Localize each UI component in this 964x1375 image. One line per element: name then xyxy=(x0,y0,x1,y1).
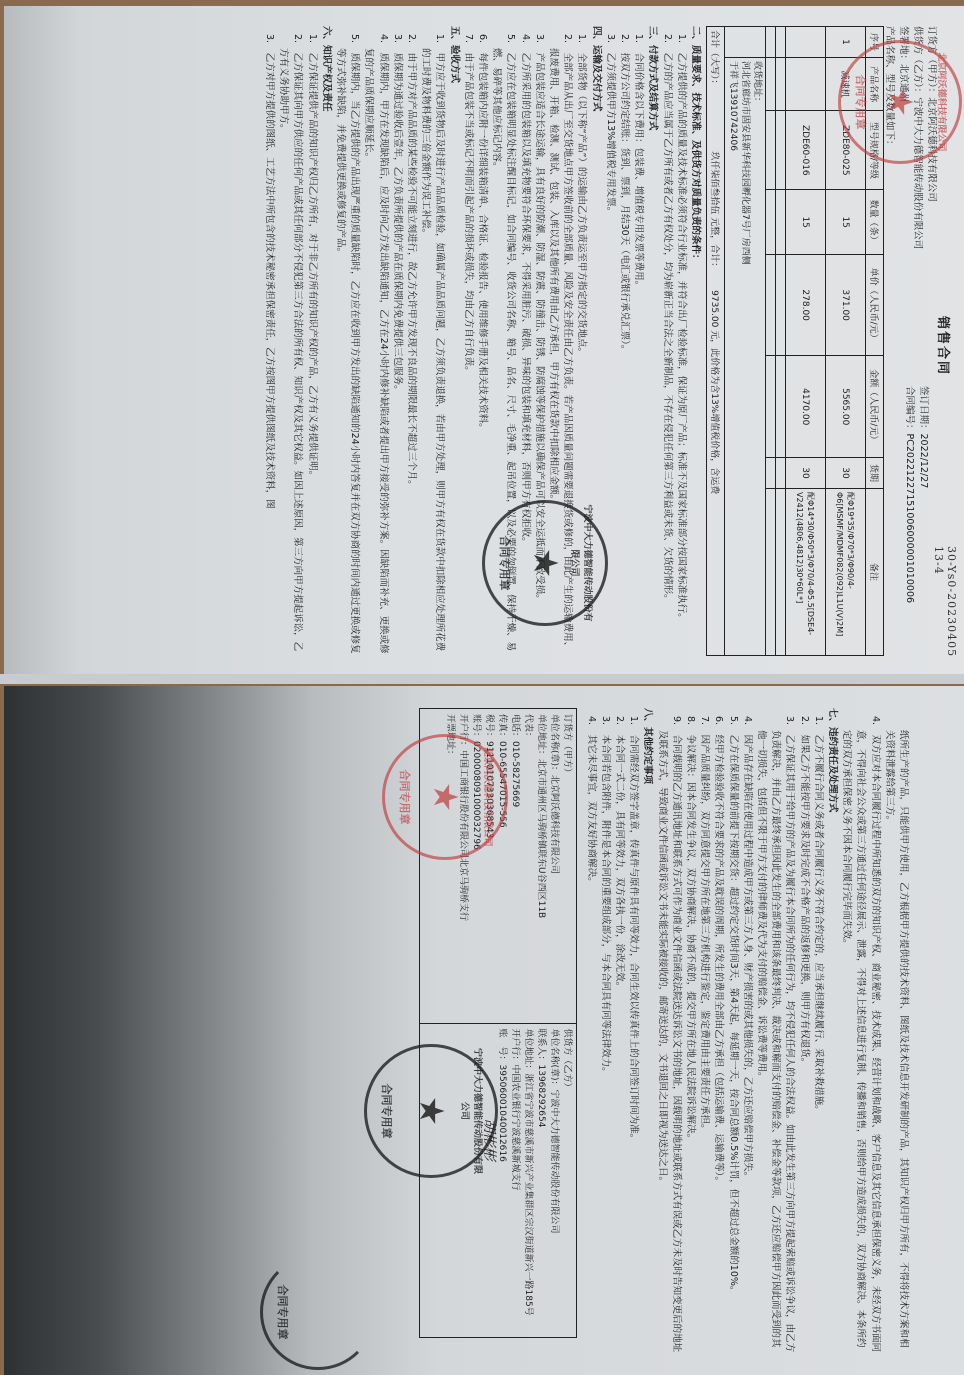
col-header: 数量（条） xyxy=(866,190,884,254)
clause-item: 3. 乙方保证其用于给甲方的产品及为履行本合同所为的任何行为，均不侵犯任何人的合… xyxy=(754,708,797,1355)
cell-lead-time: 30 xyxy=(786,458,826,489)
continuation-text: 纸所生产的产品，只能供甲方使用，乙方根据甲方提供的技术资料、图纸及技术信息开发研… xyxy=(882,708,910,1355)
section-heading: 七、违约责任及处理方式 xyxy=(825,708,839,1355)
info-row: 电话：010-58275669 xyxy=(508,714,521,1018)
clause-item: 3. 质保期为通过验收后壹年，乙方负责所提供的产品在质保期内免费提供三包服务。 xyxy=(390,26,404,658)
info-row: 代表： xyxy=(521,714,534,1018)
cell-qty: 15 xyxy=(786,190,826,254)
contract-clauses: 七、违约责任及处理方式1. 乙方不履行合同义务或者合同履行义务不符合约定的，应当… xyxy=(583,708,839,1355)
section-heading: 三、付款方式及结算方式 xyxy=(645,26,659,658)
clause-item: 1. 乙方保证提供产品的知识产权归乙方所有，对于非乙方所有的知识产权的产品，乙方… xyxy=(304,26,318,658)
total-label: 合计（大写）： xyxy=(709,30,719,89)
info-row: 账 号：39506001040012616 xyxy=(495,1029,508,1333)
sign-date-label: 签订日期： xyxy=(918,386,929,434)
clause-item: 2. 由于甲方对产品品质的某些检验不可能立刻进行，故乙方允许甲方发现不良品的期限… xyxy=(404,26,418,658)
col-header: 金额（人民币/元） xyxy=(866,356,884,458)
cell-model: ZDE60-016 xyxy=(786,111,826,190)
clause-item: 3. 本合同若包含附件，附件是本合同的重要组成部分，与本合同具有同等法律效力。 xyxy=(598,708,612,1355)
clause-item: 6. 经甲方检验验收不符合要求的产品及耽误的周期，所发生的费用全部由乙方承担（包… xyxy=(711,708,725,1355)
clause-item: 1. 乙方不履行合同义务或者合同履行义务不符合约定的，应当承担继续履行、采取补救… xyxy=(811,708,825,1355)
buyer-seal: 北京阿沃德科技有限公司 ★ 合同专用章 xyxy=(838,40,962,164)
section-heading: 二、质量要求、技术标准、及供货方对质量负责的条件： xyxy=(688,26,702,658)
star-icon: ★ xyxy=(414,1096,448,1126)
col-header: 单价（人民币/元） xyxy=(866,254,884,356)
clause-item: 9. 合同载明的乙方通讯地址和联系方式可作为商业文件信函或法院送达诉讼文书的地址… xyxy=(654,708,682,1355)
total-amount: 9735.00 xyxy=(709,290,719,327)
page-2-content: 纸所生产的产品，只能供甲方使用，乙方根据甲方提供的技术资料、图纸及技术信息开发研… xyxy=(10,694,960,1369)
clause-item: 7. 因产品质量纠纷，双方同意提交甲方所在地第三方机构进行鉴定，鉴定费用由主要责… xyxy=(697,708,711,1355)
contract-page-1: 订货方（甲方）：北京阿沃德科技有限公司 供货方（乙方）：宁波中大力德智能传动股份… xyxy=(4,6,964,674)
cell-amount: 4170.00 xyxy=(786,356,826,458)
info-row: 单位名称(章)：北京阿沃德科技有限公司 xyxy=(547,714,560,1018)
star-icon: ★ xyxy=(428,782,462,812)
star-icon: ★ xyxy=(883,87,917,117)
clause-item: 4. 其它未尽事宜，双方友好协商解决。 xyxy=(583,708,597,1355)
col-header: 备注 xyxy=(866,489,884,656)
clause-item: 8. 争议解决：因本合同发生争议，双方协商解决，协商不成的，提交甲方所在地人民法… xyxy=(683,708,697,1355)
total-suffix: 元，此价格为含13%增值税价格，含运费 xyxy=(709,330,719,494)
continuation-text: 4. 双方应对本合同履行过程中所知悉的双方的知识产权、商业秘密、技术成果、经营计… xyxy=(839,708,882,1355)
seller-seal-partial: 合同专用章 xyxy=(260,1254,376,1370)
total-row: 合计（大写）： 玖仟柒佰叁拾伍 元整，合计： 9735.00 元，此价格为含13… xyxy=(707,27,725,656)
cell-index xyxy=(786,27,826,58)
cell-remark: 配Φ14*30/Φ50*3/Φ70/4-Φ5.5[DSE4-V2412(4806… xyxy=(786,489,826,656)
clause-item: 2. 按双方公司约定结账：货到、票到，月结30天（电汇或银行承兑汇票）。 xyxy=(617,26,631,658)
cell-price: 278.00 xyxy=(786,254,826,356)
info-row: 联系人：13968292654 xyxy=(534,1029,547,1333)
seller-seal: 宁波中大力德智能传动股份有限公司 ★ 合同专用章 xyxy=(364,1044,498,1178)
sign-date: 2022/12/27 xyxy=(918,434,929,489)
contract-no-label: 合同编号： xyxy=(904,386,915,434)
info-row: 单位地址：浙江省宁波市慈溪市新兴产业集群区宗汉街道新兴一路185号 xyxy=(521,1029,534,1333)
clause-item: 1. 甲方应于收到货物后及时进行产品品质检验，如确属产品品质问题，乙方须负责退换… xyxy=(418,26,446,658)
cell-lead-time: 30 xyxy=(826,458,866,489)
clause-item: 1. 乙方提供的产品的质量及技术标准必须符合行业标准，并符合出厂检验标准，保证为… xyxy=(674,26,688,658)
cell-amount: 5565.00 xyxy=(826,356,866,458)
col-header: 货期 xyxy=(866,458,884,489)
clause-item: 2. 乙方保证其向甲方供应的任何产品或其任何部分不侵犯第三方合法的所有权、知识产… xyxy=(276,26,304,658)
seller-seal: 宁波中大力德智能传动股份有限公司 ★ 合同专用章 xyxy=(482,500,608,626)
info-row: 单位地址：北京市通州区马驹桥镇联东U谷西区11B xyxy=(534,714,547,1018)
section-heading: 六、知识产权及责任 xyxy=(319,26,333,658)
delivery-address: 河北省廊坊市固安县新华科技园孵化器7号厂房西侧 xyxy=(739,61,751,652)
clause-item: 7. 由于产品包装不当或标记不明而引起产品的损坏或损失，均由乙方自行负责。 xyxy=(461,26,475,658)
cell-qty: 15 xyxy=(826,190,866,254)
clause-item: 2. 乙方的产品应当属于乙方所有或者乙方有权处分，均为崭新正当合法之全新制品，不… xyxy=(659,26,673,658)
clause-item: 4. 质保期内，甲方在发现缺陷后，应及时向乙方发出缺陷通知，乙方在24小时内修补… xyxy=(361,26,389,658)
clause-item: 2. 本合同一式二份，具有同等效力，双方各执一份，涂改无效。 xyxy=(612,708,626,1355)
clause-item: 4. 因产品存在缺陷在使用过程中造成甲方或第三方人身、财产损害的或其他损失的，乙… xyxy=(740,708,754,1355)
total-text: 玖仟柒佰叁拾伍 元整，合计： xyxy=(709,151,719,271)
handwritten-note: 30-Ys0-20230405 13-4 xyxy=(932,546,958,658)
clause-item: 2. 如果乙方不能按甲方要求及时完成不合格产品的返修和更换，则甲方有权退货。 xyxy=(796,708,810,1355)
buyer-seal: 北京阿沃德科技有限公司 ★ 合同专用章 xyxy=(382,734,508,860)
section-heading: 五、验收方式 xyxy=(446,26,460,658)
clause-item: 5. 乙方在保质保量的前提下按期交货：超过约定交货时间3天，第4天起，每延期一天… xyxy=(725,708,739,1355)
delivery-label: 收货地址： xyxy=(751,61,763,652)
delivery-row: 收货地址： 河北省廊坊市固安县新华科技园孵化器7号厂房西侧 于祥飞1391074… xyxy=(725,27,766,656)
clause-item: 5. 质保期内，当乙方提供的产品出现严重的质量缺陷时，乙方应在收到甲方发出的缺陷… xyxy=(333,26,361,658)
section-heading: 八、其他约定事项 xyxy=(640,708,654,1355)
cell-product xyxy=(786,57,826,110)
clause-item: 1. 合同需经双方签字盖章，传真件与原件具有同等效力，合同生效以传真件上的合同签… xyxy=(626,708,640,1355)
info-row: 单位名称(章)：宁波中大力德智能传动股份有限公司 xyxy=(547,1029,560,1333)
info-row: 开户行：中国农业银行宁波慈溪新城支行 xyxy=(508,1029,521,1333)
cell-remark: 配Φ19*35/Φ70*3/Φ90/4-Φ6[MSMF/MDMF082(092)… xyxy=(826,489,866,656)
contract-page-2: 纸所生产的产品，只能供甲方使用，乙方根据甲方提供的技术资料、图纸及技术信息开发研… xyxy=(4,686,964,1375)
clause-item: 1. 合同价格含以下费用：包装费、增值税专用发票等费用。 xyxy=(631,26,645,658)
cell-price: 371.00 xyxy=(826,254,866,356)
contract-no: PC20221227151006000001010006 xyxy=(904,434,915,604)
delivery-contact: 于祥飞13910742406 xyxy=(727,61,739,652)
star-icon: ★ xyxy=(528,548,562,578)
page-title: 销售合同 xyxy=(935,316,954,376)
page-gap xyxy=(0,674,964,684)
clause-item: 3. 乙方对甲方提供的图纸、工艺方法中所包含的技术秘密承担保密责任，乙方按图甲方… xyxy=(262,26,276,658)
page-1-content: 订货方（甲方）：北京阿沃德科技有限公司 供货方（乙方）：宁波中大力德智能传动股份… xyxy=(10,12,960,672)
table-row: ZDE60-016 15 278.00 4170.00 30 配Φ14*30/Φ… xyxy=(786,27,826,656)
info-row: 传真：010-65547015-556 xyxy=(495,714,508,1018)
